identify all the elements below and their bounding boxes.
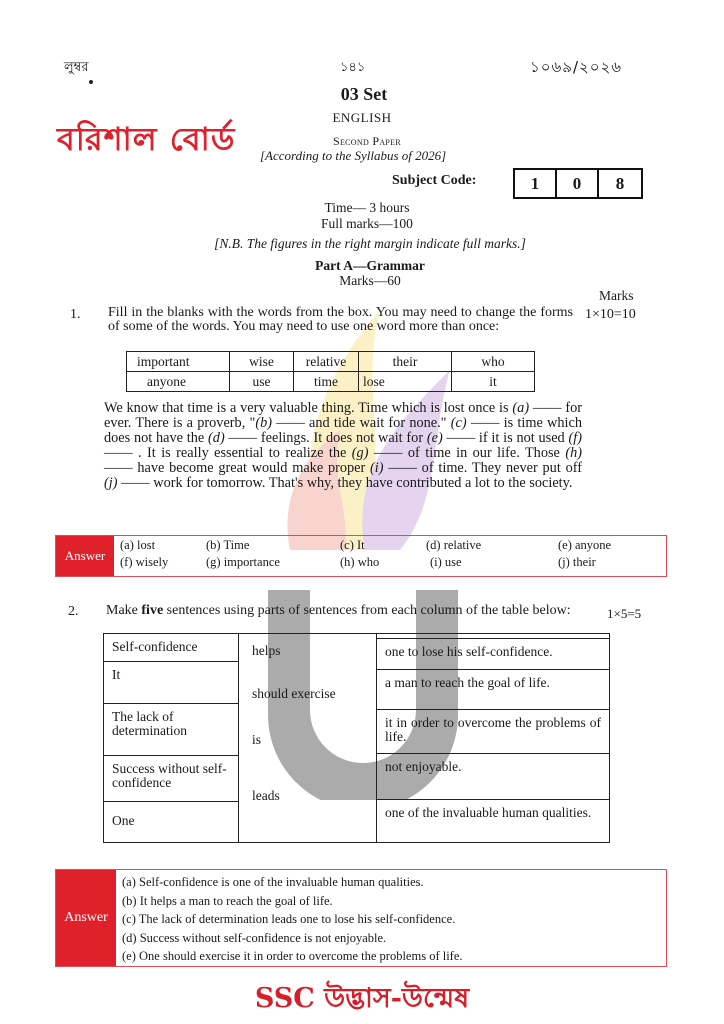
word-cell: wise: [230, 352, 294, 372]
question-2-instruction: Make five sentences using parts of sente…: [106, 603, 596, 618]
passage-text: —— of time in our life. Those: [368, 445, 565, 461]
word-box-row: important wise relative their who: [127, 352, 535, 372]
table-cell: a man to reach the goal of life.: [377, 670, 609, 710]
blank-marker: (g): [352, 445, 369, 461]
instruction-bold: five: [141, 603, 163, 618]
header-right-mark: ১০৬৯/২০২৬: [530, 56, 622, 81]
passage-text: —— work for tomorrow. That's why, they h…: [118, 475, 573, 491]
footer-brand: SSC উদ্ভাস-উন্মেষ: [0, 978, 724, 1023]
table-cell: leads: [252, 788, 280, 804]
word-box-table: important wise relative their who anyone…: [126, 351, 535, 392]
word-cell: relative: [294, 352, 359, 372]
blank-marker: (b): [255, 415, 272, 431]
part-marks: Marks—60: [16, 273, 724, 288]
answer-label: Answer: [56, 536, 114, 576]
table-column-complements: one to lose his self-confidence.a man to…: [377, 634, 609, 842]
question-2-marks: 1×5=5: [607, 606, 641, 622]
word-cell: important: [127, 352, 230, 372]
word-cell: time: [294, 372, 359, 392]
header-center-mark: ১৪১: [340, 58, 365, 79]
instruction-text: Make: [106, 603, 141, 618]
word-cell: their: [359, 352, 452, 372]
table-cell: one of the invaluable human qualities.: [377, 800, 609, 844]
passage-text: —— and tide wait for none.": [272, 415, 451, 431]
word-cell: who: [452, 352, 535, 372]
table-cell: It: [104, 662, 238, 704]
question-1-number: 1.: [70, 307, 81, 323]
table-cell: The lack of determination: [104, 704, 238, 756]
passage-text: —— feelings. It does not wait for: [225, 430, 427, 446]
question-1-passage: We know that time is a very valuable thi…: [104, 401, 582, 491]
passage-text: —— have become great would make proper: [104, 460, 370, 476]
board-stamp: বরিশাল বোর্ড: [57, 114, 235, 168]
header-left-mark: লুম্বর: [64, 58, 89, 79]
table-cell: is: [252, 732, 261, 748]
nb-note: [N.B. The figures in the right margin in…: [0, 236, 724, 252]
table-cell: Success without self-confidence: [104, 756, 238, 802]
blank-marker: (e): [427, 430, 443, 446]
set-title: 03 Set: [0, 84, 724, 105]
passage-text: —— . It is really essential to realize t…: [104, 445, 352, 461]
answer-item: (g) importance: [206, 555, 280, 570]
word-cell: anyone: [127, 372, 230, 392]
time-info: Time— 3 hours Full marks—100: [0, 200, 724, 232]
table-cell: not enjoyable.: [377, 754, 609, 800]
time-duration: Time— 3 hours: [10, 200, 724, 216]
table-column-subjects: Self-confidenceItThe lack of determinati…: [104, 634, 239, 842]
part-heading: Part A—Grammar Marks—60: [0, 258, 724, 288]
word-cell: lose: [359, 372, 452, 392]
answer-item: (a) lost: [120, 538, 155, 553]
answer-item: (b) Time: [206, 538, 249, 553]
table-cell: one to lose his self-confidence.: [377, 638, 609, 670]
substitution-table: Self-confidenceItThe lack of determinati…: [103, 633, 610, 843]
blank-marker: (c): [451, 415, 467, 431]
answer-item: (f) wisely: [120, 555, 168, 570]
answer-1-grid: (a) lost(b) Time(c) It(d) relative(e) an…: [114, 536, 666, 576]
subject-code-digit: 8: [599, 170, 641, 197]
answer-item: (d) relative: [426, 538, 481, 553]
question-1-marks: 1×10=10: [585, 307, 636, 323]
table-column-verbs: helpsshould exerciseisleads: [239, 634, 377, 842]
part-title: Part A—Grammar: [315, 258, 425, 273]
answer-box-1: Answer (a) lost(b) Time(c) It(d) relativ…: [55, 535, 667, 577]
answer-item: (i) use: [430, 555, 462, 570]
answer-item: (e) anyone: [558, 538, 611, 553]
answer-item: (b) It helps a man to reach the goal of …: [122, 892, 463, 911]
marks-column-label: Marks: [599, 288, 634, 304]
passage-text: —— of time. They never put off: [384, 460, 582, 476]
passage-text: We know that time is a very valuable thi…: [104, 400, 512, 416]
table-cell: One: [104, 802, 238, 844]
syllabus-note: [According to the Syllabus of 2026]: [260, 148, 446, 164]
subject-code-boxes: 1 0 8: [513, 168, 643, 199]
answer-item: (c) It: [340, 538, 365, 553]
blank-marker: (a): [512, 400, 529, 416]
table-cell: it in order to overcome the problems of …: [377, 710, 609, 754]
word-cell: it: [452, 372, 535, 392]
instruction-text: sentences using parts of sentences from …: [163, 603, 570, 618]
answer-item: (e) One should exercise it in order to o…: [122, 947, 463, 966]
table-cell: Self-confidence: [104, 634, 238, 662]
subject-code-label: Subject Code:: [392, 173, 476, 189]
answer-box-2: Answer (a) Self-confidence is one of the…: [55, 869, 667, 967]
answer-2-list: (a) Self-confidence is one of the invalu…: [116, 870, 469, 966]
subject-code-digit: 0: [557, 170, 599, 197]
question-2-number: 2.: [68, 604, 79, 620]
word-cell: use: [230, 372, 294, 392]
answer-item: (j) their: [558, 555, 596, 570]
blank-marker: (d): [208, 430, 225, 446]
subject-code-digit: 1: [515, 170, 557, 197]
question-1-instruction: Fill in the blanks with the words from t…: [108, 306, 573, 334]
answer-label: Answer: [56, 870, 116, 966]
answer-item: (d) Success without self-confidence is n…: [122, 929, 463, 948]
word-box-row: anyone use time lose it: [127, 372, 535, 392]
blank-marker: (i): [370, 460, 384, 476]
full-marks: Full marks—100: [10, 216, 724, 232]
blank-marker: (j): [104, 475, 118, 491]
answer-item: (h) who: [340, 555, 379, 570]
answer-item: (c) The lack of determination leads one …: [122, 910, 463, 929]
answer-item: (a) Self-confidence is one of the invalu…: [122, 873, 463, 892]
table-cell: should exercise: [252, 686, 336, 702]
blank-marker: (h): [565, 445, 582, 461]
table-cell: helps: [252, 643, 281, 659]
passage-text: —— if it is not used: [443, 430, 569, 446]
blank-marker: (f): [569, 430, 583, 446]
